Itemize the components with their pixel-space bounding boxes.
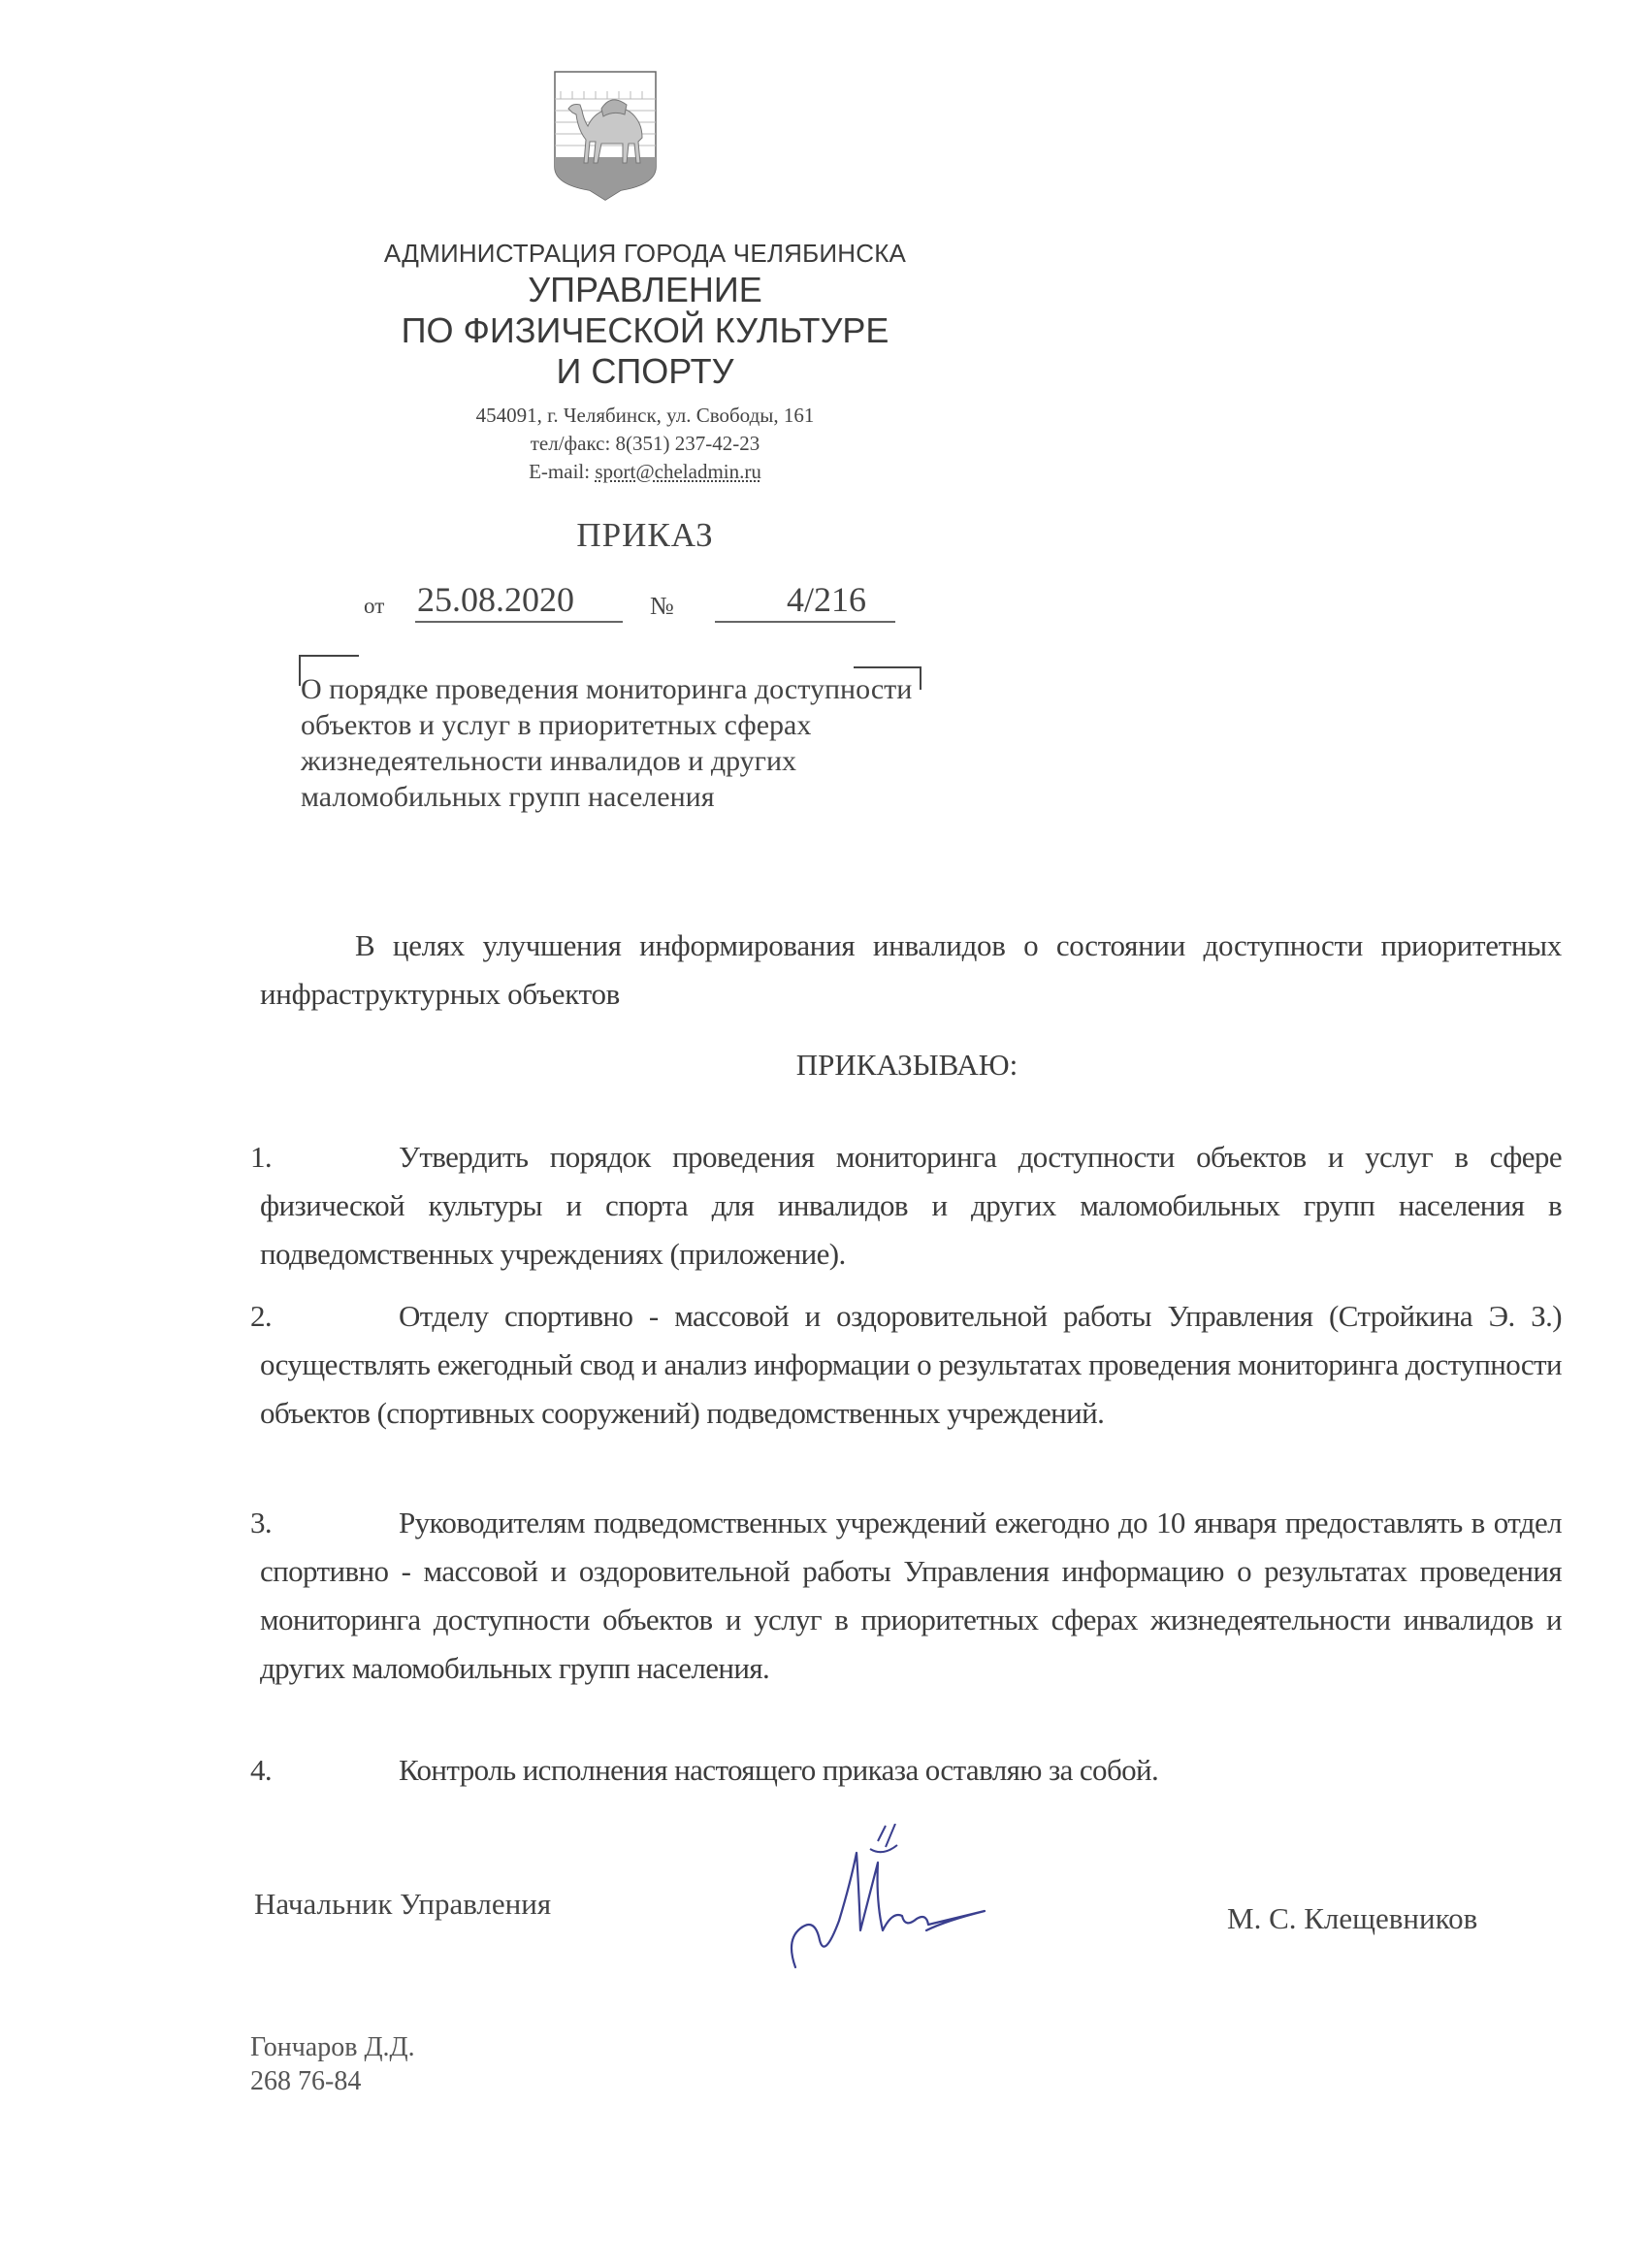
administration-name: АДМИНИСТРАЦИЯ ГОРОДА ЧЕЛЯБИНСКА: [0, 239, 1290, 269]
number-sign: №: [650, 592, 674, 621]
order-item: 3.Руководителям подведомственных учрежде…: [260, 1499, 1562, 1693]
signatory-position: Начальник Управления: [254, 1887, 551, 1922]
signatory-name: М. С. Клещевников: [1227, 1901, 1477, 1936]
item-text: Отделу спортивно - массовой и оздоровите…: [260, 1299, 1562, 1430]
department-line: И СПОРТУ: [0, 351, 1290, 392]
executor-phone: 268 76-84: [250, 2066, 361, 2097]
executor-name: Гончаров Д.Д.: [250, 2032, 415, 2063]
document-title: ПРИКАЗ: [0, 516, 1290, 555]
item-text: Руководителям подведомственных учреждени…: [260, 1506, 1562, 1685]
department-name: УПРАВЛЕНИЕ ПО ФИЗИЧЕСКОЙ КУЛЬТУРЕ И СПОР…: [0, 270, 1290, 392]
item-number: 4.: [250, 1746, 399, 1795]
document-page: АДМИНИСТРАЦИЯ ГОРОДА ЧЕЛЯБИНСКА УПРАВЛЕН…: [0, 0, 1649, 2268]
item-number: 2.: [250, 1292, 399, 1341]
item-number: 1.: [250, 1133, 399, 1182]
coat-of-arms-icon: [553, 70, 658, 201]
preamble: В целях улучшения информирования инвалид…: [260, 922, 1562, 1019]
department-line: ПО ФИЗИЧЕСКОЙ КУЛЬТУРЕ: [0, 310, 1290, 351]
order-date: 25.08.2020: [415, 578, 623, 623]
item-text: Утвердить порядок проведения мониторинга…: [260, 1140, 1562, 1271]
order-verb: ПРИКАЗЫВАЮ:: [0, 1048, 1649, 1083]
department-line: УПРАВЛЕНИЕ: [0, 270, 1290, 310]
item-text: Контроль исполнения настоящего приказа о…: [399, 1753, 1158, 1787]
item-number: 3.: [250, 1499, 399, 1547]
phone-fax: тел/факс: 8(351) 237-42-23: [0, 429, 1290, 458]
order-number: 4/216: [715, 578, 895, 623]
order-item: 4.Контроль исполнения настоящего приказа…: [260, 1746, 1562, 1795]
postal-address: 454091, г. Челябинск, ул. Свободы, 161: [0, 401, 1290, 430]
order-subject: О порядке проведения мониторинга доступн…: [301, 671, 931, 815]
email-label: E-mail:: [529, 460, 595, 483]
date-prefix: от: [364, 594, 384, 619]
handwritten-signature-icon: [781, 1824, 1014, 1979]
email-link[interactable]: sport@cheladmin.ru: [595, 460, 761, 483]
order-item: 1.Утвердить порядок проведения мониторин…: [260, 1133, 1562, 1279]
order-item: 2.Отделу спортивно - массовой и оздорови…: [260, 1292, 1562, 1438]
email-line: E-mail: sport@cheladmin.ru: [0, 457, 1290, 486]
